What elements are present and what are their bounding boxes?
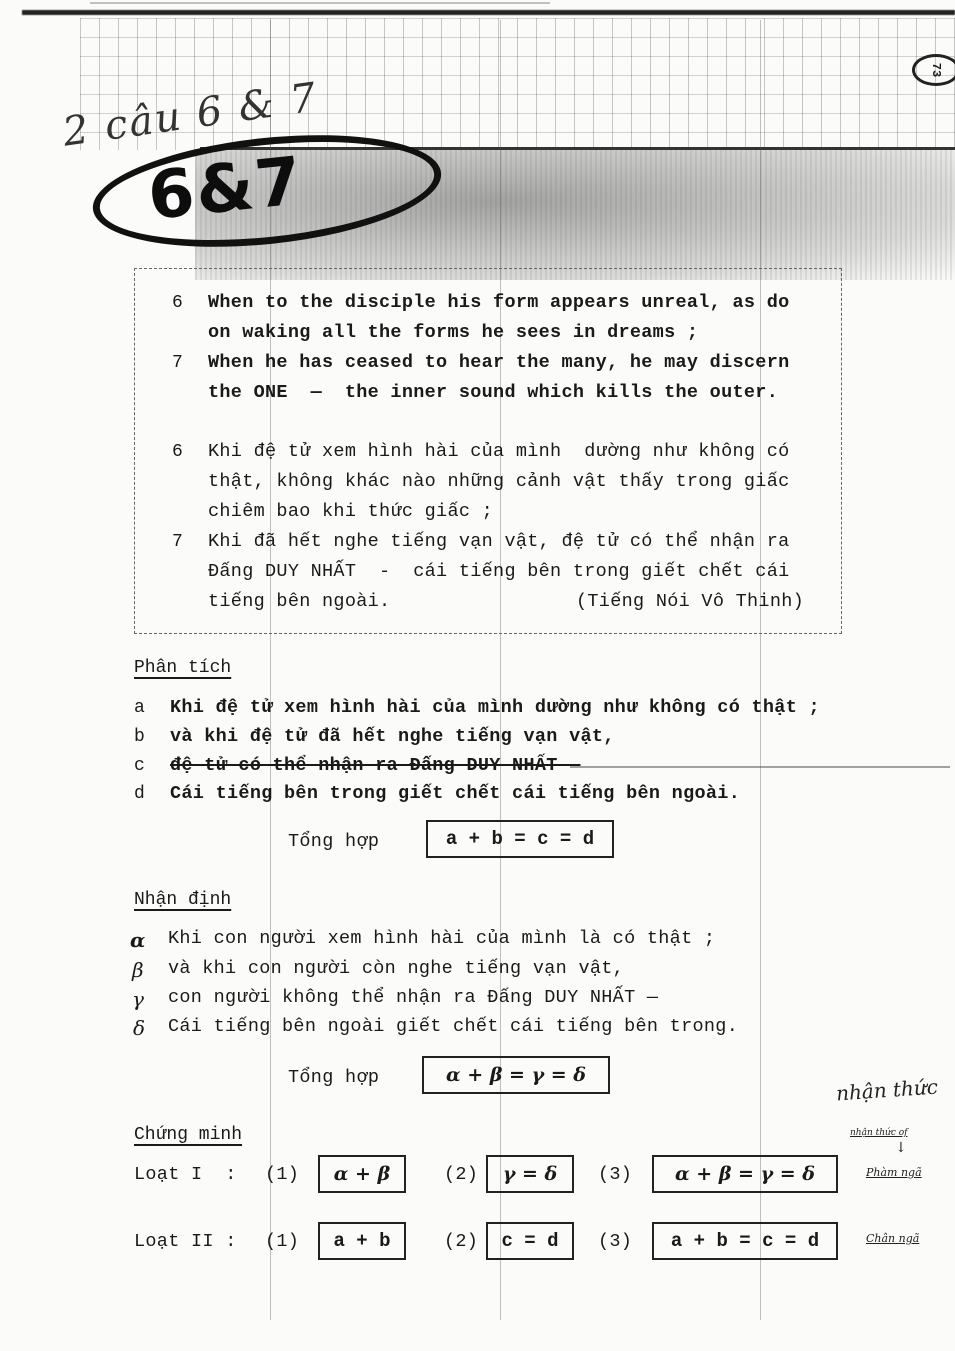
- verse-number: 7: [172, 532, 183, 552]
- judgment-item: Khi con người xem hình hài của mình là c…: [168, 928, 715, 949]
- judgment-item: Cái tiếng bên ngoài giết chết cái tiếng …: [168, 1016, 738, 1037]
- handwritten-small-note: nhận thức of: [850, 1128, 907, 1138]
- proof-formula-box: a + b = c = d: [652, 1222, 838, 1260]
- analysis-item: Cái tiếng bên trong giết chết cái tiếng …: [170, 783, 740, 804]
- analysis-item: Khi đệ tử xem hình hài của mình dường nh…: [170, 697, 820, 718]
- handwritten-note: Phàm ngã: [866, 1166, 922, 1179]
- scan-artifact-top: [90, 2, 550, 4]
- judgment-item: và khi con người còn nghe tiếng vạn vật,: [168, 958, 624, 979]
- english-line: When to the disciple his form appears un…: [208, 292, 790, 313]
- verse-number: 6: [172, 293, 183, 313]
- proof-formula-box: c = d: [486, 1222, 574, 1260]
- step-number: (2): [444, 1164, 478, 1185]
- handwritten-note: nhận thức: [835, 1074, 938, 1105]
- series-label: Loạt II :: [134, 1231, 237, 1252]
- vietnamese-line: Khi đệ tử xem hình hài của mình dường nh…: [208, 441, 790, 462]
- greek-label: β: [132, 958, 144, 982]
- series-label: Loạt I :: [134, 1164, 237, 1185]
- handwritten-note: Chân ngã: [866, 1232, 919, 1245]
- section-heading-analysis: Phân tích: [134, 658, 231, 678]
- analysis-item: và khi đệ tử đã hết nghe tiếng vạn vật,: [170, 726, 615, 747]
- greek-label: γ: [132, 987, 144, 1011]
- step-number: (1): [265, 1164, 299, 1185]
- scan-line: [760, 20, 761, 1320]
- proof-formula-box: α + β: [318, 1155, 406, 1193]
- vietnamese-line: Đấng DUY NHẤT - cái tiếng bên trong giết…: [208, 561, 790, 582]
- quote-source: (Tiếng Nói Vô Thinh): [576, 591, 804, 612]
- synthesis-formula-box: a + b = c = d: [426, 820, 614, 858]
- english-line: the ONE — the inner sound which kills th…: [208, 382, 778, 403]
- synthesis-label: Tổng hợp: [288, 831, 379, 852]
- strike-line: [570, 766, 950, 768]
- judgment-item: con người không thể nhận ra Đấng DUY NHẤ…: [168, 987, 658, 1008]
- item-label: b: [134, 727, 145, 747]
- vietnamese-line: thật, không khác nào những cảnh vật thấy…: [208, 471, 790, 492]
- step-number: (3): [598, 1231, 632, 1252]
- step-number: (3): [598, 1164, 632, 1185]
- vietnamese-line: Khi đã hết nghe tiếng vạn vật, đệ tử có …: [208, 531, 790, 552]
- english-line: on waking all the forms he sees in dream…: [208, 322, 698, 343]
- analysis-item-struck: đệ tử có thể nhận ra Đấng DUY NHẤT —: [170, 755, 580, 776]
- verse-number: 7: [172, 353, 183, 373]
- item-label: c: [134, 756, 145, 776]
- item-label: a: [134, 698, 145, 718]
- proof-formula-box: α + β = γ = δ: [652, 1155, 838, 1193]
- synthesis-label: Tổng hợp: [288, 1067, 379, 1088]
- circled-title: 6&7: [144, 142, 307, 235]
- vietnamese-line: tiếng bên ngoài.: [208, 591, 390, 612]
- verse-number: 6: [172, 442, 183, 462]
- synthesis-formula-box: α + β = γ = δ: [422, 1056, 610, 1094]
- step-number: (1): [265, 1231, 299, 1252]
- section-heading-judgment: Nhận định: [134, 890, 231, 910]
- page-number-stamp: 73: [912, 54, 955, 86]
- english-line: When he has ceased to hear the many, he …: [208, 352, 790, 373]
- page-top-rule: [22, 10, 955, 15]
- greek-label: α: [130, 928, 145, 952]
- greek-label: δ: [133, 1016, 145, 1040]
- scan-line: [500, 20, 501, 1320]
- section-heading-proof: Chứng minh: [134, 1125, 242, 1145]
- vietnamese-line: chiêm bao khi thức giấc ;: [208, 501, 493, 522]
- arrow-down-icon: ↓: [895, 1140, 907, 1156]
- step-number: (2): [444, 1231, 478, 1252]
- item-label: d: [134, 784, 145, 804]
- proof-formula-box: γ = δ: [486, 1155, 574, 1193]
- proof-formula-box: a + b: [318, 1222, 406, 1260]
